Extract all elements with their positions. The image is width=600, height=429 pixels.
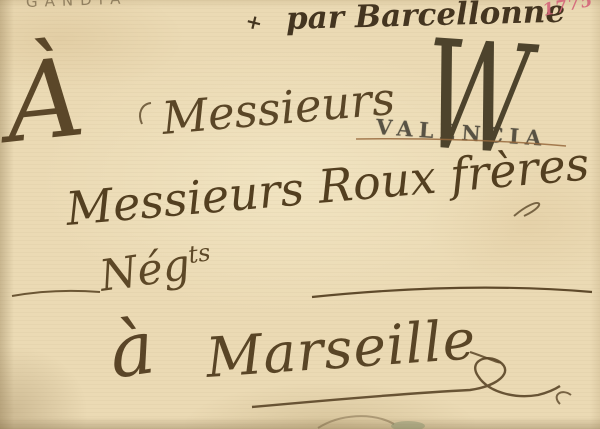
ink-smudge [391,421,425,429]
paraph-curl [557,392,571,404]
address-addressee: Messieurs Roux frères [64,136,592,236]
address-profession: Négts [97,237,215,302]
year-annotation: 1775 [541,0,595,21]
dash-left [12,291,100,296]
address-salutation: Messieurs [160,72,397,145]
postal-cover-scan: GANDIA VALENCIA + par Barcellonne 1775 W… [0,0,600,429]
gandia-origin-stamp: GANDIA [26,0,128,11]
address-city: Marseille [204,307,478,390]
profession-base: Nég [97,240,194,302]
dash-right [312,288,592,297]
faint-bottom-stroke [318,416,394,428]
routing-cross-mark: + [243,8,265,35]
address-salutation-initial: À [0,44,89,160]
profession-superscript: ts [186,238,212,269]
freres-flourish [514,203,539,216]
pen-mark [140,103,151,124]
address-city-preposition: à [105,310,159,389]
